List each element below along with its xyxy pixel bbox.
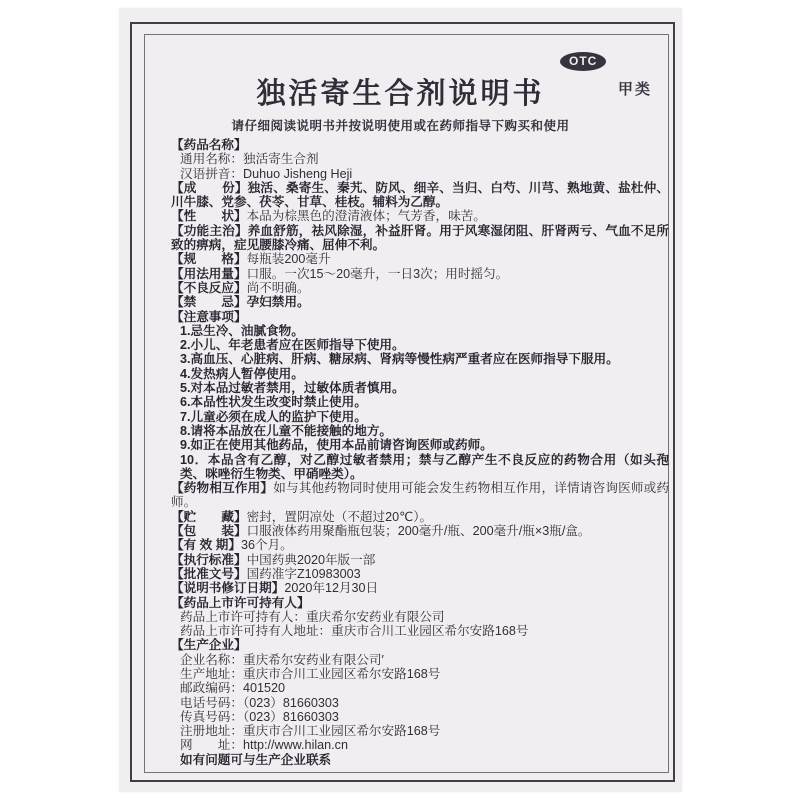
insert-entry: 6.本品性状发生改变时禁止使用。	[180, 395, 669, 409]
entry-text: 5.对本品过敏者禁用，过敏体质者慎用。	[180, 381, 405, 395]
entry-label: 【药品上市许可持有人】	[171, 596, 310, 610]
entry-label: 【有 效 期】	[171, 538, 241, 552]
entry-label: 【成 份】	[171, 181, 248, 195]
entry-text: 通用名称：独活寄生合剂	[180, 152, 319, 166]
entry-label: 【药物相互作用】	[171, 481, 273, 495]
entry-text: 9.如正在使用其他药品，使用本品前请咨询医师或药师。	[180, 438, 493, 452]
entry-label: 【生产企业】	[171, 638, 247, 652]
entry-text: 国药准字Z10983003	[247, 567, 361, 581]
insert-entry: 【功能主治】养血舒筋，祛风除湿，补益肝肾。用于风寒湿闭阻、肝肾两亏、气血不足所致…	[171, 224, 669, 253]
entry-text: 中国药典2020年版一部	[247, 553, 376, 567]
insert-entry: 【包 装】口服液体药用聚酯瓶包装；200毫升/瓶、200毫升/瓶×3瓶/盒。	[171, 524, 669, 538]
insert-entry: 传真号码：（023）81660303	[180, 710, 669, 724]
entry-text: 密封，置阴凉处（不超过20℃）。	[247, 510, 433, 524]
insert-entry: 汉语拼音：Duhuo Jisheng Heji	[180, 167, 669, 181]
insert-entry: 4.发热病人暂停使用。	[180, 367, 669, 381]
insert-entry: 9.如正在使用其他药品，使用本品前请咨询医师或药师。	[180, 438, 669, 452]
insert-entry: 药品上市许可持有人地址：重庆市合川工业园区希尔安路168号	[180, 624, 669, 638]
entry-text: 尚不明确。	[247, 281, 310, 295]
entry-text: 口服。一次15～20毫升，一日3次；用时摇匀。	[247, 267, 509, 281]
entry-label: 【用法用量】	[171, 267, 247, 281]
insert-entry: 药品上市许可持有人：重庆希尔安药业有限公司	[180, 610, 669, 624]
insert-entry: 通用名称：独活寄生合剂	[180, 152, 669, 166]
insert-entry: 10．本品含有乙醇，对乙醇过敏者禁用；禁与乙醇产生不良反应的药物合用（如头孢类、…	[180, 453, 669, 482]
insert-entry: 【禁 忌】孕妇禁用。	[171, 295, 669, 309]
insert-entry: 邮政编码：401520	[180, 681, 669, 695]
entry-text: 7.儿童必须在成人的监护下使用。	[180, 410, 367, 424]
entry-text: 网 址：http://www.hilan.cn	[180, 738, 348, 752]
entry-label: 【药品名称】	[171, 138, 247, 152]
insert-entry: 【性 状】本品为棕黑色的澄清液体；气芳香，味苦。	[171, 209, 669, 223]
entry-text: 药品上市许可持有人：重庆希尔安药业有限公司	[180, 610, 444, 624]
entry-text: 邮政编码：401520	[180, 681, 285, 695]
insert-entry: 【贮 藏】密封，置阴凉处（不超过20℃）。	[171, 510, 669, 524]
insert-entry: 【不良反应】尚不明确。	[171, 281, 669, 295]
entry-label: 【注意事项】	[171, 310, 247, 324]
entry-label: 【功能主治】	[171, 224, 248, 238]
insert-entry: 生产地址：重庆市合川工业园区希尔安路168号	[180, 667, 669, 681]
insert-entry: 注册地址：重庆市合川工业园区希尔安路168号	[180, 724, 669, 738]
insert-entry: 【用法用量】口服。一次15～20毫升，一日3次；用时摇匀。	[171, 267, 669, 281]
insert-entry: 【药品名称】	[171, 138, 669, 152]
insert-entry: 企业名称：重庆希尔安药业有限公司′	[180, 653, 669, 667]
insert-entry: 3.高血压、心脏病、肝病、糖尿病、肾病等慢性病严重者应在医师指导下服用。	[180, 352, 669, 366]
insert-entry: 8.请将本品放在儿童不能接触的地方。	[180, 424, 669, 438]
entry-label: 【规 格】	[171, 252, 247, 266]
entry-text: 8.请将本品放在儿童不能接触的地方。	[180, 424, 392, 438]
insert-entry: 【注意事项】	[171, 310, 669, 324]
entry-text: 口服液体药用聚酯瓶包装；200毫升/瓶、200毫升/瓶×3瓶/盒。	[247, 524, 591, 538]
entry-text: 2.小儿、年老患者应在医师指导下使用。	[180, 338, 405, 352]
entry-text: 4.发热病人暂停使用。	[180, 367, 304, 381]
entry-text: 本品为棕黑色的澄清液体；气芳香，味苦。	[247, 209, 486, 223]
entry-text: 6.本品性状发生改变时禁止使用。	[180, 395, 367, 409]
insert-entry: 【规 格】每瓶装200毫升	[171, 252, 669, 266]
insert-entry: 【执行标准】中国药典2020年版一部	[171, 553, 669, 567]
insert-entry: 【有 效 期】36个月。	[171, 538, 669, 552]
entry-text: 电话号码：（023）81660303	[180, 696, 339, 710]
package-insert-sheet: OTC 甲类 独活寄生合剂说明书 请仔细阅读说明书并按说明使用或在药师指导下购买…	[119, 8, 682, 792]
entry-text: 2020年12月30日	[284, 581, 378, 595]
entry-label: 【性 状】	[171, 209, 247, 223]
insert-entry: 如有问题可与生产企业联系	[180, 753, 669, 767]
entry-label: 【禁 忌】	[171, 295, 247, 309]
entry-text: 药品上市许可持有人地址：重庆市合川工业园区希尔安路168号	[180, 624, 528, 638]
insert-entry: 【说明书修订日期】2020年12月30日	[171, 581, 669, 595]
insert-entry: 7.儿童必须在成人的监护下使用。	[180, 410, 669, 424]
entry-text: 10．本品含有乙醇，对乙醇过敏者禁用；禁与乙醇产生不良反应的药物合用（如头孢类、…	[180, 453, 669, 481]
entry-label: 【不良反应】	[171, 281, 247, 295]
entry-text: 生产地址：重庆市合川工业园区希尔安路168号	[180, 667, 440, 681]
entry-text: 企业名称：重庆希尔安药业有限公司′	[180, 653, 384, 667]
entry-label: 【贮 藏】	[171, 510, 247, 524]
otc-badge: OTC	[560, 52, 606, 71]
page-title: 独活寄生合剂说明书	[119, 71, 682, 112]
insert-entry: 5.对本品过敏者禁用，过敏体质者慎用。	[180, 381, 669, 395]
entry-text: 36个月。	[241, 538, 293, 552]
insert-entry: 2.小儿、年老患者应在医师指导下使用。	[180, 338, 669, 352]
insert-entry: 【药物相互作用】如与其他药物同时使用可能会发生药物相互作用，详情请咨询医师或药师…	[171, 481, 669, 510]
entry-label: 【执行标准】	[171, 553, 247, 567]
entry-text: 如有问题可与生产企业联系	[180, 753, 331, 767]
entry-text: 每瓶装200毫升	[247, 252, 331, 266]
entry-text: 传真号码：（023）81660303	[180, 710, 339, 724]
insert-entry: 电话号码：（023）81660303	[180, 696, 669, 710]
insert-entry: 【药品上市许可持有人】	[171, 596, 669, 610]
entry-label: 【说明书修订日期】	[171, 581, 284, 595]
entry-text: 注册地址：重庆市合川工业园区希尔安路168号	[180, 724, 440, 738]
entry-text: 1.忌生冷、油腻食物。	[180, 324, 304, 338]
insert-entry: 【生产企业】	[171, 638, 669, 652]
entry-label: 【包 装】	[171, 524, 247, 538]
insert-entry: 【批准文号】国药准字Z10983003	[171, 567, 669, 581]
entry-text: 孕妇禁用。	[247, 295, 310, 309]
entry-label: 【批准文号】	[171, 567, 247, 581]
insert-entry: 1.忌生冷、油腻食物。	[180, 324, 669, 338]
entry-text: 汉语拼音：Duhuo Jisheng Heji	[180, 167, 352, 181]
insert-body: 【药品名称】通用名称：独活寄生合剂汉语拼音：Duhuo Jisheng Heji…	[171, 138, 669, 767]
insert-entry: 网 址：http://www.hilan.cn	[180, 738, 669, 752]
entry-text: 3.高血压、心脏病、肝病、糖尿病、肾病等慢性病严重者应在医师指导下服用。	[180, 352, 619, 366]
insert-entry: 【成 份】独活、桑寄生、秦艽、防风、细辛、当归、白芍、川芎、熟地黄、盐杜仲、川牛…	[171, 181, 669, 210]
usage-warning-subtitle: 请仔细阅读说明书并按说明使用或在药师指导下购买和使用	[119, 116, 682, 134]
